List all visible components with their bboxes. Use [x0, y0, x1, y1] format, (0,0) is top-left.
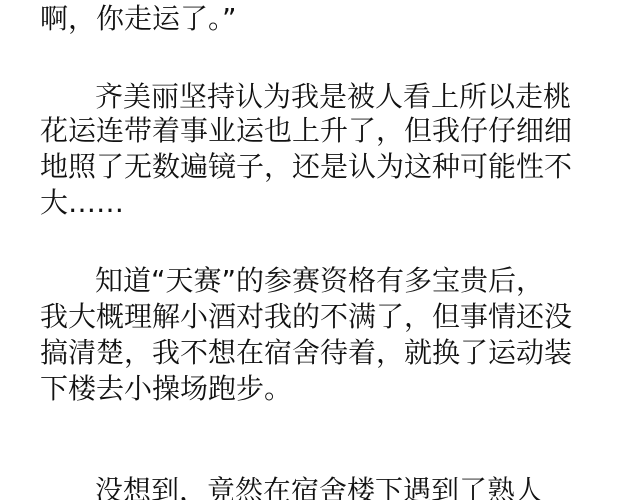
text-line: 地照了无数遍镜子，还是认为这种可能性不	[40, 150, 572, 184]
text-line: 我大概理解小酒对我的不满了，但事情还没	[40, 300, 572, 334]
text-line: 齐美丽坚持认为我是被人看上所以走桃	[95, 80, 571, 114]
text-line: 啊，你走运了。”	[40, 2, 237, 36]
text-line: 下楼去小操场跑步。	[40, 372, 292, 406]
text-line: 知道“天赛”的参赛资格有多宝贵后，	[95, 264, 544, 298]
text-line: 搞清楚，我不想在宿舍待着，就换了运动装	[40, 336, 572, 370]
text-line: 没想到，竟然在宿舍楼下遇到了熟人	[95, 474, 543, 500]
text-line: 花运连带着事业运也上升了，但我仔仔细细	[40, 114, 572, 148]
text-line: 大……	[40, 186, 124, 220]
